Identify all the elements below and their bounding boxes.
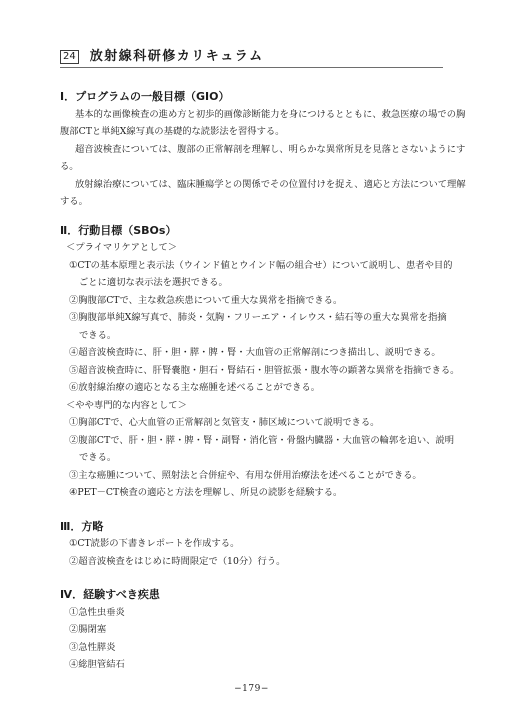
disease-item: ②腸閉塞 (60, 621, 460, 639)
paragraph-line: 放射線治療については、臨床腫瘍学との関係でその位置付けを捉え、適応と方法について… (60, 176, 460, 194)
sbo-item: ②胸腹部CTで、主な救急疾患について重大な異常を指摘できる。 (60, 292, 460, 310)
sbo-item: ②腹部CTで、肝・胆・膵・脾・腎・副腎・消化管・骨盤内臓器・大血管の輪郭を追い、… (60, 432, 460, 450)
section-heading-sbos: Ⅱ．行動目標（SBOs） (60, 222, 460, 240)
sbo-item: ①胸部CTで、心大血管の正常解剖と気管支・肺区域について説明できる。 (60, 414, 460, 432)
strategy-item: ②超音波検査をはじめに時間限定で（10分）行う。 (60, 553, 460, 571)
chapter-number-badge: 24 (60, 50, 79, 64)
section-heading-strategy: Ⅲ．方略 (60, 518, 460, 536)
subheading-primary-care: ＜プライマリケアとして＞ (60, 239, 460, 257)
page-number: −179− (60, 684, 443, 694)
sbo-item-wrap: ごとに適切な表示法を選択できる。 (60, 274, 460, 292)
sbo-item: ③胸腹部単純X線写真で、肺炎・気胸・フリーエア・イレウス・結石等の重大な異常を指… (60, 309, 460, 327)
sbo-item: ④PET－CT検査の適応と方法を理解し、所見の読影を経験する。 (60, 484, 460, 502)
paragraph-line: る。 (60, 158, 460, 176)
sbo-item-wrap: できる。 (60, 449, 460, 467)
paragraph-line: 腹部CTと単純X線写真の基礎的な読影法を習得する。 (60, 123, 460, 141)
sbo-item-wrap: できる。 (60, 327, 460, 345)
document-header: 24放射線科研修カリキュラム (60, 46, 443, 68)
paragraph-line: 基本的な画像検査の進め方と初歩的画像診断能力を身につけるとともに、救急医療の場で… (60, 106, 460, 124)
subheading-advanced: ＜やや専門的な内容として＞ (60, 397, 460, 415)
section-heading-diseases: Ⅳ．経験すべき疾患 (60, 586, 460, 604)
paragraph-line: 超音波検査については、腹部の正常解剖を理解し、明らかな異常所見を見落とさないよう… (60, 141, 460, 159)
section-heading-gio: Ⅰ．プログラムの一般目標（GIO） (60, 88, 460, 106)
sbo-item: ④超音波検査時に、肝・胆・膵・脾・腎・大血管の正常解剖につき描出し、説明できる。 (60, 344, 460, 362)
sbo-item: ③主な癌腫について、照射法と合併症や、有用な併用治療法を述べることができる。 (60, 467, 460, 485)
page-title: 放射線科研修カリキュラム (90, 49, 264, 64)
document-page: 24放射線科研修カリキュラム Ⅰ．プログラムの一般目標（GIO） 基本的な画像検… (0, 0, 509, 720)
sbo-item: ⑤超音波検査時に、肝腎嚢胞・胆石・腎結石・胆管拡張・腹水等の顕著な異常を指摘でき… (60, 362, 460, 380)
disease-item: ④総胆管結石 (60, 656, 460, 674)
page-content: 24放射線科研修カリキュラム Ⅰ．プログラムの一般目標（GIO） 基本的な画像検… (60, 46, 460, 674)
sbo-item: ①CTの基本原理と表示法（ウインド値とウインド幅の組合せ）について説明し、患者や… (60, 257, 460, 275)
disease-item: ③急性膵炎 (60, 639, 460, 657)
sbo-item: ⑥放射線治療の適応となる主な癌腫を述べることができる。 (60, 379, 460, 397)
strategy-item: ①CT読影の下書きレポートを作成する。 (60, 535, 460, 553)
disease-item: ①急性虫垂炎 (60, 604, 460, 622)
paragraph-line: する。 (60, 193, 460, 211)
